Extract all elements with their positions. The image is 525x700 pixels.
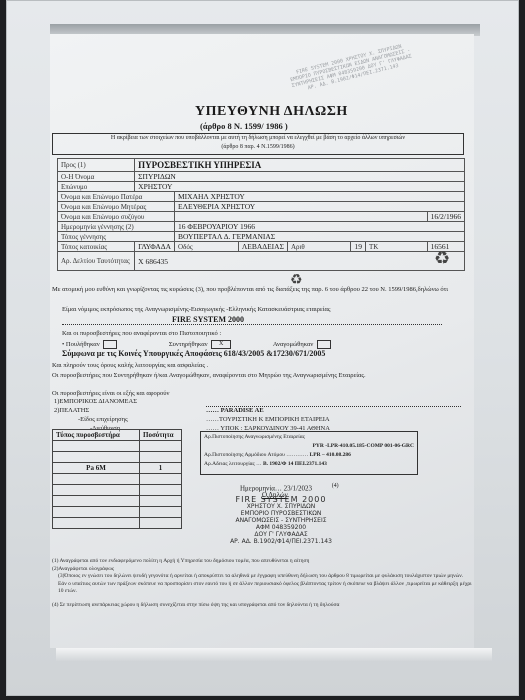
quantity-header: Ποσότητα xyxy=(140,430,182,441)
license-label: Αρ.Αδειας λειτουργίας xyxy=(204,461,255,467)
extinguisher-type-cell xyxy=(53,441,140,452)
extinguisher-type-cell xyxy=(53,485,140,496)
birthdate-numeric: 16/2/1966 xyxy=(427,212,464,222)
type-header: Τύπος πυροσβεστήρα xyxy=(53,430,140,441)
company-cert-label: Αρ.Πιστοποίησης Αναγνωρισμένης Εταιρείας xyxy=(204,433,414,442)
recycle-watermark-icon: ♻ xyxy=(434,248,450,269)
quantity-cell xyxy=(140,518,182,529)
to-label: Προς (1) xyxy=(58,159,135,172)
extinguisher-type-cell xyxy=(53,496,140,507)
client-label: 2)ΠΕΛΑΤΗΣ xyxy=(54,407,89,415)
birthplace-label: Τόπος γέννησης xyxy=(58,232,175,242)
following-statement: Οι πυροσβεστήρες είναι οι εξής και αφορο… xyxy=(52,390,169,398)
signature-date: Ημερομηνία… 23/1/2023 (4) xyxy=(240,482,339,492)
footnotes: (1) Αναγράφεται από τον ενδιαφερόμενο πο… xyxy=(52,558,472,609)
extinguisher-table: Τύπος πυροσβεστήρα Ποσότητα Pa 6M1 xyxy=(52,429,182,529)
birthdate-label: Ημερομηνία γέννησης (2) xyxy=(58,222,175,232)
registry-statement: Οι πυροσβεστήρες που Συντηρήθηκαν ή/και … xyxy=(52,372,472,380)
date-value: 23/1/2023 xyxy=(284,484,312,492)
stamp-line: ΧΡΗΣΤΟΥ Χ. ΣΠΥΡΙΔΩΝ xyxy=(226,503,336,510)
business-value: ……ΤΟΥΡΙΣΤΙΚΗ Κ ΕΜΠΟΡΙΚΗ ΕΤΑΙΡΕΙΑ xyxy=(206,416,330,424)
table-row: Τόπος κατοικίας ΓΛΥΦΑΔΑ Οδός ΛΕΒΑΔΕΙΑΣ Α… xyxy=(58,242,465,252)
table-row: Όνομα και Επώνυμο συζύγου 16/2/1966 xyxy=(58,212,465,222)
declaration-document: FIRE SYSTEM 2000 ΧΡΗΣΤΟΥ Χ. ΣΠΥΡΙΔΩΝ ΕΜΠ… xyxy=(50,34,474,648)
quantity-cell: 1 xyxy=(140,463,182,474)
representative-statement: Είμαι νόμιμος εκπρόσωπος της Αναγνωρισμέ… xyxy=(62,306,462,314)
table-header-row: Τύπος πυροσβεστήρα Ποσότητα xyxy=(53,430,182,441)
maintained-label: Συντηρήθηκαν xyxy=(169,341,208,348)
notice-line-1: Η ακρίβεια των στοιχείων που υποβάλλοντα… xyxy=(53,134,463,143)
table-row xyxy=(53,485,182,496)
certificate-statement: Και οι πυροσβεστήρες που αναφέρονται στο… xyxy=(62,330,221,338)
document-subtitle: (άρθρο 8 Ν. 1599/ 1986 ) xyxy=(200,121,288,131)
stamp-line: ΑΦΜ 048359200 xyxy=(226,524,336,531)
quantity-cell xyxy=(140,485,182,496)
document-title: ΥΠΕΥΘΥΝΗ ΔΗΛΩΣΗ xyxy=(195,104,348,120)
bullet-icon: • xyxy=(62,341,64,348)
extinguisher-type-cell xyxy=(53,507,140,518)
ministerial-decisions: Σύμφωνα με τις Κοινές Υπουργικές Αποφάσε… xyxy=(62,350,325,358)
stamp-line: ΕΜΠΟΡΙΟ ΠΥΡΟΣΒΕΣΤΙΚΩΝ xyxy=(226,510,336,517)
postcode-label: ΤΚ xyxy=(365,242,427,252)
stamp-line: FIRE SYSTEM 2000 xyxy=(226,496,336,503)
extinguisher-type-cell xyxy=(53,474,140,485)
extinguisher-type-cell xyxy=(53,518,140,529)
table-row: Τόπος γέννησης ΒΟΥΠΕΡΤΑΛ Δ. ΓΕΡΜΑΝΙΑΣ xyxy=(58,232,465,242)
quantity-cell xyxy=(140,507,182,518)
quantity-cell xyxy=(140,496,182,507)
quantity-cell xyxy=(140,452,182,463)
intro-paragraph: Με ατομική μου ευθύνη και γνωρίζοντας τι… xyxy=(52,286,462,294)
table-row: Επώνυμο ΧΡΗΣΤΟΥ xyxy=(58,182,465,192)
street-value: ΛΕΒΑΔΕΙΑΣ xyxy=(238,242,287,252)
license-row: Αρ.Αδειας λειτουργίας … Β. 1902/Φ 14 ΠΕΙ… xyxy=(204,460,414,469)
surname-label: Επώνυμο xyxy=(58,182,135,192)
conditions-statement: Και πληρούν τους όρους καλής λειτουργίας… xyxy=(52,362,208,370)
to-value: ΠΥΡΟΣΒΕΣΤΙΚΗ ΥΠΗΡΕΣΙΑ xyxy=(135,159,465,172)
birthplace-value: ΒΟΥΠΕΡΤΑΛ Δ. ΓΕΡΜΑΝΙΑΣ xyxy=(175,232,465,242)
mother-label: Όνομα και Επώνυμο Μητέρας xyxy=(58,202,175,212)
tech-cert-label: Αρ.Πιστοποίησης Αρμόδιου Ατόμου xyxy=(204,452,285,458)
table-row: Ημερομηνία γέννησης (2) 16 ΦΕΒΡΟΥΑΡΙΟΥ 1… xyxy=(58,222,465,232)
accuracy-notice: Η ακρίβεια των στοιχείων που υποβάλλοντα… xyxy=(52,133,464,155)
notice-line-2: (άρθρο 8 παρ. 4 Ν.1599/1986) xyxy=(53,143,463,152)
personal-details-table: Προς (1) ΠΥΡΟΣΒΕΣΤΙΚΗ ΥΠΗΡΕΣΙΑ Ο-Η Όνομα… xyxy=(57,158,465,271)
mother-value: ΕΛΕΥΘΕΡΙΑ ΧΡΗΣΤΟΥ xyxy=(175,202,465,212)
footnote-3: (3)Όποιος εν γνώσει του δηλώνει ψευδή γε… xyxy=(52,573,472,596)
spouse-label: Όνομα και Επώνυμο συζύγου xyxy=(58,212,175,222)
table-row xyxy=(53,507,182,518)
company-cert-value: PYR -LPR-410.05.185-COMP 001-06-GRC xyxy=(204,442,414,451)
table-row xyxy=(53,518,182,529)
business-type: ΤΟΥΡΙΣΤΙΚΗ Κ ΕΜΠΟΡΙΚΗ ΕΤΑΙΡΕΙΑ xyxy=(219,416,330,423)
birthdate-value: 16 ΦΕΒΡΟΥΑΡΙΟΥ 1966 xyxy=(175,222,465,232)
extinguisher-type-cell: Pa 6M xyxy=(53,463,140,474)
sold-checkbox[interactable] xyxy=(103,340,117,349)
client-value: …… PARADISE AE xyxy=(206,407,264,415)
stamp-line: ΔΟΥ Γ' ΓΛΥΦΑΔΑΣ xyxy=(226,531,336,538)
table-row: Pa 6M1 xyxy=(53,463,182,474)
recharged-label: Αναγομώθηκαν xyxy=(273,341,314,348)
name-value: ΣΠΥΡΙΔΩΝ xyxy=(135,172,465,182)
company-signature-stamp: FIRE SYSTEM 2000ΧΡΗΣΤΟΥ Χ. ΣΠΥΡΙΔΩΝΕΜΠΟΡ… xyxy=(226,496,336,564)
extinguisher-type-cell xyxy=(53,452,140,463)
table-row: Ο-Η Όνομα ΣΠΥΡΙΔΩΝ xyxy=(58,172,465,182)
certification-box: Αρ.Πιστοποίησης Αναγνωρισμένης Εταιρείας… xyxy=(200,431,418,475)
id-label: Αρ. Δελτίου Ταυτότητας xyxy=(58,252,135,271)
business-label: -Είδος επιχείρησης xyxy=(78,416,128,424)
footnote-1: (1) Αναγράφεται από τον ενδιαφερόμενο πο… xyxy=(52,558,472,566)
name-label: Ο-Η Όνομα xyxy=(58,172,135,182)
table-row: Όνομα και Επώνυμο Μητέρας ΕΛΕΥΘΕΡΙΑ ΧΡΗΣ… xyxy=(58,202,465,212)
company-name: FIRE SYSTEM 2000 xyxy=(62,316,442,325)
maintained-checkbox[interactable]: X xyxy=(211,340,231,349)
table-row xyxy=(53,452,182,463)
frame-inner-edge-bottom xyxy=(56,648,492,662)
father-label: Όνομα και Επώνυμο Πατέρα xyxy=(58,192,175,202)
recharged-checkbox[interactable] xyxy=(317,340,331,349)
table-row xyxy=(53,474,182,485)
stamp-line: ΑΡ. ΑΔ. Β.1902/Φ14/ΠΕΙ.2371.143 xyxy=(226,538,336,545)
quantity-cell xyxy=(140,474,182,485)
distributor-label: 1)ΕΜΠΟΡΙΚΟΣ ΔΙΑΝΟΜΕΑΣ xyxy=(54,398,137,406)
father-value: ΜΙΧΑΗΛ ΧΡΗΣΤΟΥ xyxy=(175,192,465,202)
footnote-2: (2)Αναγράφεται ολογράφως xyxy=(52,566,472,574)
tech-cert-row: Αρ.Πιστοποίησης Αρμόδιου Ατόμου ………… LPR… xyxy=(204,451,414,460)
street-label: Οδός xyxy=(175,242,239,252)
number-label: Αριθ xyxy=(287,242,350,252)
residence-value: ΓΛΥΦΑΔΑ xyxy=(135,242,175,252)
id-value: Χ 686435 xyxy=(135,252,465,271)
residence-label: Τόπος κατοικίας xyxy=(58,242,135,252)
quantity-cell xyxy=(140,441,182,452)
action-checkboxes: • Πουλήθηκαν Συντηρήθηκαν X Αναγομώθηκαν xyxy=(62,340,462,349)
spouse-value xyxy=(175,212,428,222)
table-row: Όνομα και Επώνυμο Πατέρα ΜΙΧΑΗΛ ΧΡΗΣΤΟΥ xyxy=(58,192,465,202)
table-row xyxy=(53,496,182,507)
number-value: 19 xyxy=(351,242,366,252)
tech-cert-value: LPR – 410.08.286 xyxy=(310,452,351,458)
table-row: Προς (1) ΠΥΡΟΣΒΕΣΤΙΚΗ ΥΠΗΡΕΣΙΑ xyxy=(58,159,465,172)
client-name: PARADISE AE xyxy=(221,407,264,414)
footnote-4: (4) Σε περίπτωση ανεπάρκειας χώρου η δήλ… xyxy=(52,602,472,610)
sold-label: Πουλήθηκαν xyxy=(66,341,100,348)
license-value: Β. 1902/Φ 14 ΠΕΙ.2371.143 xyxy=(263,461,327,467)
table-row: Αρ. Δελτίου Ταυτότητας Χ 686435 xyxy=(58,252,465,271)
surname-value: ΧΡΗΣΤΟΥ xyxy=(135,182,465,192)
stamp-line: ΑΝΑΓΟΜΩΣΕΙΣ - ΣΥΝΤΗΡΗΣΕΙΣ xyxy=(226,517,336,524)
table-row xyxy=(53,441,182,452)
date-note: (4) xyxy=(332,483,339,489)
